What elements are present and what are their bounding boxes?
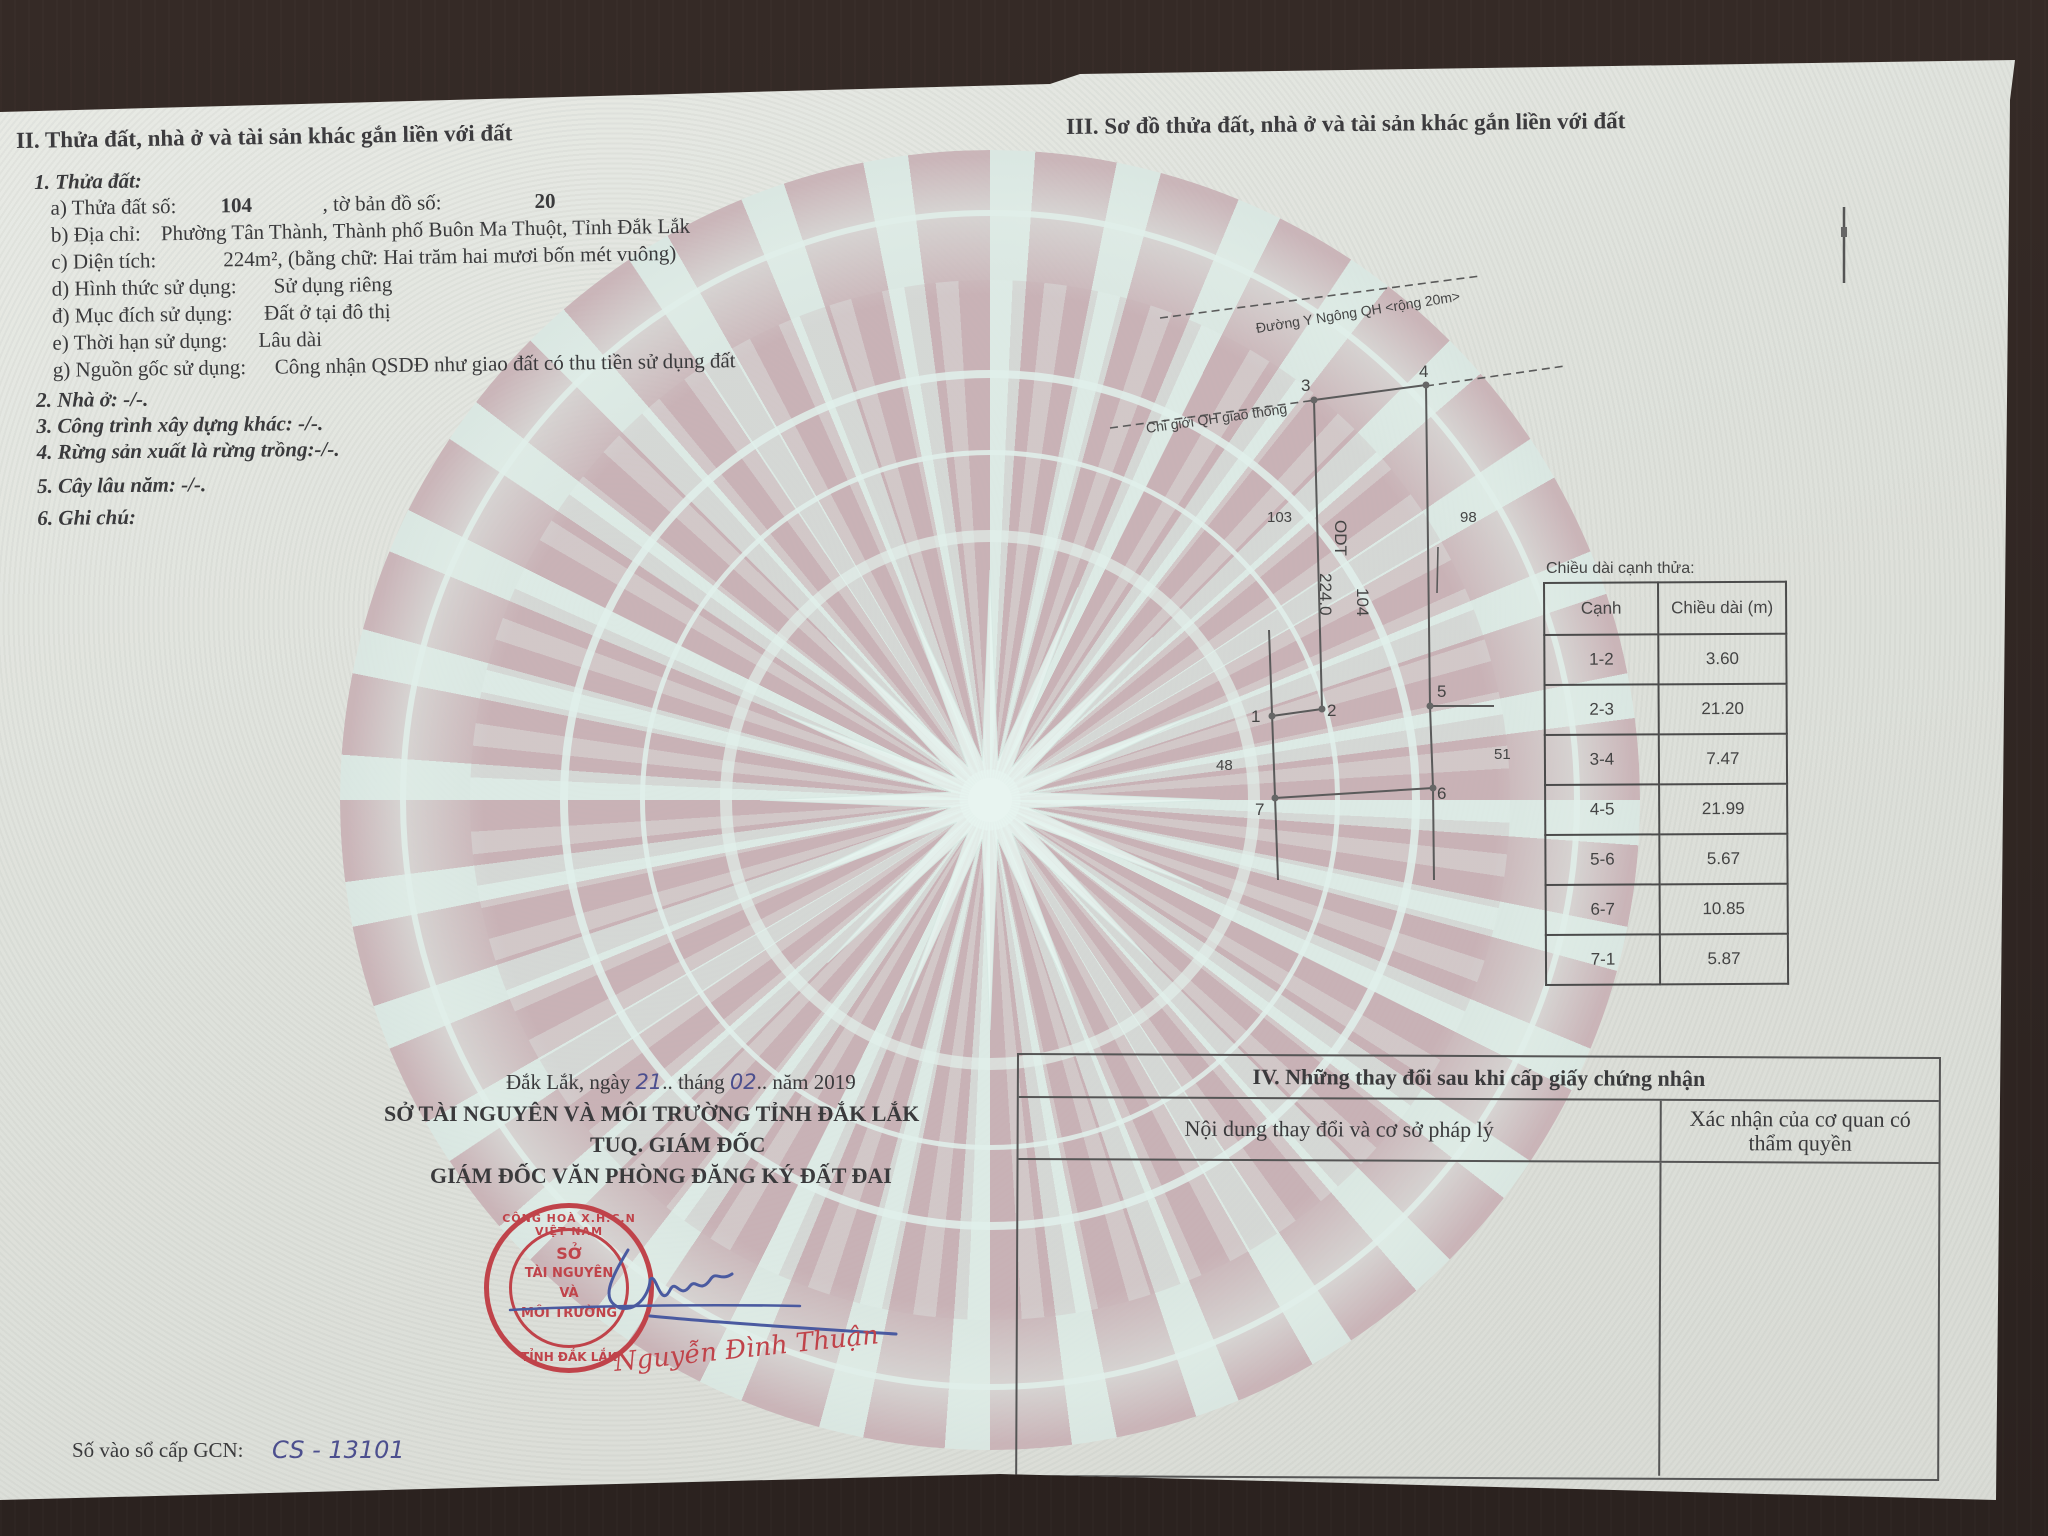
term-label: e) Thời hạn sử dụng:: [52, 328, 227, 355]
edge-id: 4-5: [1545, 784, 1659, 835]
table-row: 2-321.20: [1545, 684, 1787, 735]
issuing-organization: SỞ TÀI NGUYÊN VÀ MÔI TRƯỜNG TỈNH ĐẮK LẮK: [384, 1101, 919, 1127]
edge-length: 5.87: [1660, 934, 1788, 985]
address-label: b) Địa chỉ:: [51, 222, 141, 248]
table-row: 7-15.87: [1546, 934, 1788, 985]
point-5: 5: [1437, 682, 1446, 702]
neighbor-103: 103: [1267, 509, 1292, 526]
on-behalf-of: TUQ. GIÁM ĐỐC: [590, 1132, 765, 1158]
registry-label: Số vào sổ cấp GCN:: [72, 1438, 244, 1463]
section-ii-title: II. Thửa đất, nhà ở và tài sản khác gắn …: [16, 120, 513, 154]
edge-length: 5.67: [1659, 834, 1787, 885]
date-year: năm 2019: [772, 1070, 855, 1094]
point-7: 7: [1255, 800, 1264, 820]
point-6: 6: [1437, 784, 1446, 804]
changes-confirm-header: Xác nhận của cơ quan có thẩm quyền: [1662, 1101, 1939, 1162]
table-row: 5-65.67: [1545, 834, 1787, 885]
parcel-label: a) Thửa đất số:: [50, 194, 176, 221]
changes-body: [1017, 1160, 1938, 1477]
edge-id: 1-2: [1544, 634, 1658, 685]
header-edge: Cạnh: [1544, 582, 1658, 635]
edge-length: 7.47: [1659, 734, 1787, 785]
changes-title: IV. Những thay đổi sau khi cấp giấy chứn…: [1019, 1055, 1939, 1102]
term-value: Lâu dài: [258, 327, 322, 353]
edge-id: 6-7: [1546, 884, 1660, 935]
edge-table-caption: Chiều dài cạnh thửa:: [1546, 560, 1695, 578]
map-label: , tờ bản đồ số:: [322, 190, 441, 217]
area-label: c) Diện tích:: [51, 248, 156, 274]
area-value: 224m², (bằng chữ: Hai trăm hai mươi bốn …: [223, 241, 676, 272]
origin-label: g) Nguồn gốc sử dụng:: [53, 355, 247, 383]
signer-title: GIÁM ĐỐC VĂN PHÒNG ĐĂNG KÝ ĐẤT ĐAI: [430, 1163, 892, 1189]
item-other-construction: 3. Công trình xây dựng khác: -/-.: [36, 411, 323, 439]
use-form-value: Sử dụng riêng: [273, 272, 392, 299]
section-iii-title: III. Sơ đồ thửa đất, nhà ở và tài sản kh…: [1066, 108, 1626, 140]
neighbor-51: 51: [1494, 746, 1511, 763]
neighbor-98: 98: [1460, 509, 1477, 526]
edge-length: 21.20: [1659, 684, 1787, 735]
edge-id: 3-4: [1545, 734, 1659, 785]
purpose-value: Đất ở tại đô thị: [264, 299, 391, 326]
date-month-prefix: tháng: [678, 1070, 725, 1094]
point-3: 3: [1301, 376, 1310, 396]
changes-content-header: Nội dung thay đổi và cơ sở pháp lý: [1019, 1098, 1662, 1161]
north-arrow-icon: [1832, 205, 1856, 285]
item-notes: 6. Ghi chú:: [37, 505, 136, 531]
date-day: 21: [635, 1070, 662, 1094]
certificate-sheet: II. Thửa đất, nhà ở và tài sản khác gắn …: [0, 0, 2048, 1536]
parcel-use-code: ODT: [1330, 520, 1350, 556]
parcel-number: 104: [220, 193, 252, 218]
parcel-area-label: 224.0: [1315, 573, 1335, 616]
table-row: 4-521.99: [1545, 784, 1787, 835]
edge-length: 21.99: [1659, 784, 1787, 835]
changes-table: IV. Những thay đổi sau khi cấp giấy chứn…: [1015, 1053, 1941, 1481]
date-month: 02: [730, 1070, 757, 1094]
edge-length-table: Cạnh Chiều dài (m) 1-23.60 2-321.20 3-47…: [1543, 581, 1789, 986]
table-row: 6-710.85: [1546, 884, 1788, 935]
map-number: 20: [534, 189, 555, 214]
edge-id: 5-6: [1545, 834, 1659, 885]
changes-confirm-cell: [1660, 1163, 1938, 1477]
changes-header: Nội dung thay đổi và cơ sở pháp lý Xác n…: [1019, 1098, 1939, 1164]
item-perennial-trees: 5. Cây lâu năm: -/-.: [37, 472, 206, 499]
item-house: 2. Nhà ở: -/-.: [36, 387, 148, 413]
changes-content-cell: [1017, 1160, 1661, 1476]
land-heading: 1. Thửa đất:: [34, 168, 142, 195]
point-4: 4: [1419, 362, 1428, 382]
changes-confirm-label: Xác nhận của cơ quan có thẩm quyền: [1685, 1107, 1915, 1156]
edge-table-header: Cạnh Chiều dài (m): [1544, 582, 1786, 635]
edge-length: 10.85: [1660, 884, 1788, 935]
edge-id: 2-3: [1545, 684, 1659, 735]
purpose-label: đ) Mục đích sử dụng:: [52, 301, 233, 329]
issue-date: Đắk Lắk, ngày 21.. tháng 02.. năm 2019: [506, 1070, 856, 1095]
point-2: 2: [1327, 701, 1336, 721]
edge-length: 3.60: [1658, 634, 1786, 685]
parcel-number-label: 104: [1352, 588, 1372, 616]
point-1: 1: [1251, 707, 1260, 727]
item-planted-forest: 4. Rừng sản xuất là rừng trồng:-/-.: [37, 437, 340, 465]
registry-number: CS - 13101: [272, 1436, 405, 1464]
header-length: Chiều dài (m): [1658, 582, 1786, 635]
parcel-map: [1100, 260, 1620, 880]
use-form-label: d) Hình thức sử dụng:: [51, 274, 236, 302]
table-row: 1-23.60: [1544, 634, 1786, 685]
edge-id: 7-1: [1546, 934, 1660, 985]
table-row: 3-47.47: [1545, 734, 1787, 785]
neighbor-48: 48: [1216, 757, 1233, 774]
date-prefix: Đắk Lắk, ngày: [506, 1070, 630, 1094]
